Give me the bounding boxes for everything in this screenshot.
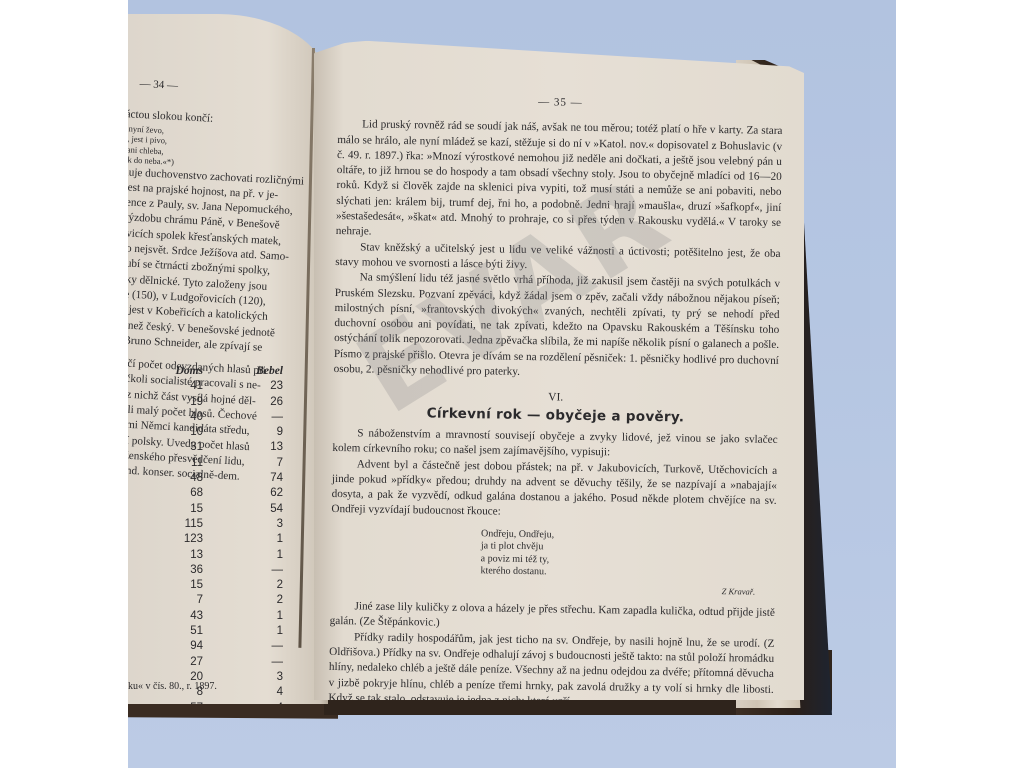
- paragraph: Přídky radily hospodářům, jak jest ticho…: [328, 630, 774, 700]
- cell-bebel: 62: [203, 486, 293, 501]
- cell-doms: 123: [128, 532, 203, 547]
- cell-bebel: 1: [203, 624, 293, 639]
- table-row: 27—: [128, 655, 318, 670]
- cell-bebel: —: [203, 639, 293, 654]
- cell-bebel: 3: [203, 517, 293, 532]
- table-row: 511: [128, 624, 318, 639]
- cell-doms: 11: [128, 456, 203, 471]
- cell-bebel: 1: [203, 548, 293, 563]
- table-row: 131: [128, 548, 318, 563]
- cell-bebel: 1: [203, 532, 293, 547]
- table-row: 1153: [128, 517, 318, 532]
- table-row: 3113: [128, 440, 318, 455]
- table-row: 4123: [128, 379, 318, 394]
- left-page: — 34 — náctou slokou končí: ři, nyní žev…: [128, 14, 328, 704]
- right-page-text: — 35 — Lid pruský rovněž rád se soudí ja…: [328, 92, 783, 700]
- cell-doms: 48: [128, 471, 203, 486]
- table-row: 36—: [128, 563, 318, 578]
- cell-bebel: 9: [203, 425, 293, 440]
- table-row: 4874: [128, 471, 318, 486]
- paragraph: Advent byl a částečně jest dobou přástek…: [331, 456, 777, 524]
- table-row: 109: [128, 425, 318, 440]
- cell-bebel: 26: [203, 395, 293, 410]
- cell-bebel: 1: [203, 609, 293, 624]
- paragraph: Na smýšlení lidu též jasné světlo vrhá p…: [334, 270, 781, 384]
- table-row: 40—: [128, 410, 318, 425]
- table-row: 152: [128, 578, 318, 593]
- cell-doms: 115: [128, 517, 203, 532]
- header-bebel: Bebel: [203, 364, 293, 379]
- cell-doms: 10: [128, 425, 203, 440]
- table-row: 1554: [128, 502, 318, 517]
- cell-doms: 19: [128, 395, 203, 410]
- left-page-number: — 34 —: [139, 77, 322, 102]
- cell-bebel: 4: [203, 701, 293, 704]
- cell-bebel: 23: [203, 379, 293, 394]
- cell-doms: 40: [128, 410, 203, 425]
- cell-doms: 68: [128, 486, 203, 501]
- cell-bebel: 2: [203, 593, 293, 608]
- cell-doms: 13: [128, 548, 203, 563]
- votes-table: Doms Bebel 4123192640—109311311748746862…: [128, 364, 318, 704]
- poem: Ondřeju, Ondřeju, ja ti plot chvěju a po…: [480, 528, 776, 583]
- cell-doms: 31: [128, 440, 203, 455]
- header-doms: Doms: [128, 364, 203, 379]
- cell-bebel: 13: [203, 440, 293, 455]
- cell-doms: 41: [128, 379, 203, 394]
- table-row: 1926: [128, 395, 318, 410]
- cell-bebel: —: [203, 410, 293, 425]
- cell-doms: 94: [128, 639, 203, 654]
- table-row: 431: [128, 609, 318, 624]
- cell-doms: 57: [128, 701, 203, 704]
- cell-doms: 36: [128, 563, 203, 578]
- cell-doms: 43: [128, 609, 203, 624]
- cell-doms: 7: [128, 593, 203, 608]
- cell-bebel: 2: [203, 578, 293, 593]
- cell-doms: 15: [128, 578, 203, 593]
- cell-bebel: 74: [203, 471, 293, 486]
- cell-doms: 51: [128, 624, 203, 639]
- table-row: 574: [128, 701, 318, 704]
- book-photo: — 34 — náctou slokou končí: ři, nyní žev…: [128, 0, 896, 768]
- cell-bebel: 54: [203, 502, 293, 517]
- right-page: — 35 — Lid pruský rovněž rád se soudí ja…: [314, 40, 804, 700]
- cell-bebel: 7: [203, 456, 293, 471]
- table-row: 6862: [128, 486, 318, 501]
- table-row: 72: [128, 593, 318, 608]
- table-row: 94—: [128, 639, 318, 654]
- right-page-number: — 35 —: [338, 92, 783, 114]
- cell-doms: 15: [128, 502, 203, 517]
- table-header: Doms Bebel: [128, 364, 318, 379]
- footnote: ku« v čís. 80., r. 1897.: [128, 679, 217, 694]
- cell-bebel: —: [203, 655, 293, 670]
- table-body: 4123192640—10931131174874686215541153123…: [128, 379, 318, 704]
- cell-bebel: —: [203, 563, 293, 578]
- table-row: 117: [128, 456, 318, 471]
- paragraph: Lid pruský rovněž rád se soudí jak náš, …: [336, 117, 783, 246]
- cell-doms: 27: [128, 655, 203, 670]
- table-row: 1231: [128, 532, 318, 547]
